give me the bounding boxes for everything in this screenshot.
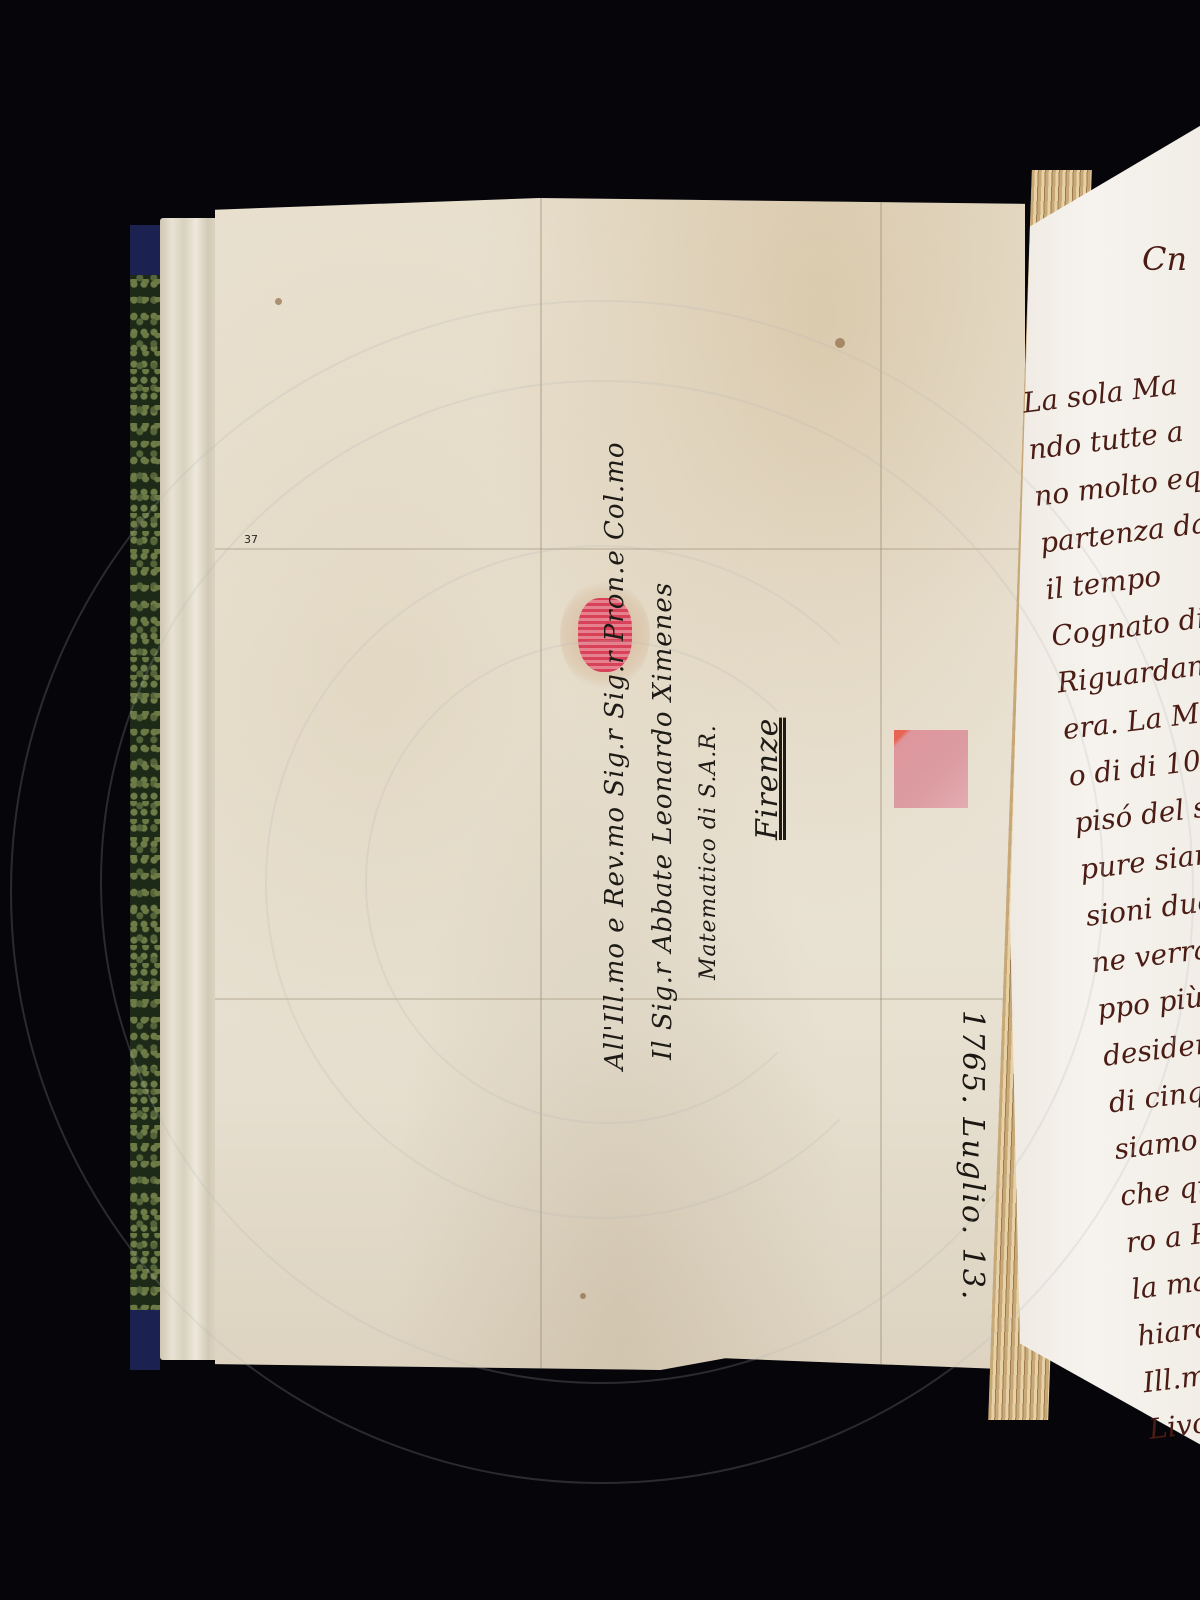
photo-scene: 37 All'Ill.mo e Rev.mo Sig.r Sig.r Pron.… (0, 0, 1200, 1600)
date-note: 1765. Luglio. 13. (950, 1010, 990, 1310)
fold-line (880, 198, 882, 1370)
stain (275, 298, 282, 305)
fold-line (540, 198, 542, 1370)
folio-number: 37 (244, 533, 258, 546)
board-corner-top (130, 225, 160, 275)
address-line-1: All'Ill.mo e Rev.mo Sig.r Sig.r Pron.e C… (600, 442, 630, 1070)
facing-top-fragment: Cn (1142, 240, 1187, 278)
address-destination: Firenze (750, 718, 785, 840)
board-corner-bottom (130, 1310, 160, 1370)
address-line-2: Il Sig.r Abbate Leonardo Ximenes (648, 582, 678, 1060)
archival-stamp (894, 730, 968, 808)
address-line-3: Matematico di S.A.R. (696, 724, 721, 980)
address-block: All'Ill.mo e Rev.mo Sig.r Sig.r Pron.e C… (600, 630, 780, 1070)
stain (835, 338, 845, 348)
stain (580, 1293, 586, 1299)
